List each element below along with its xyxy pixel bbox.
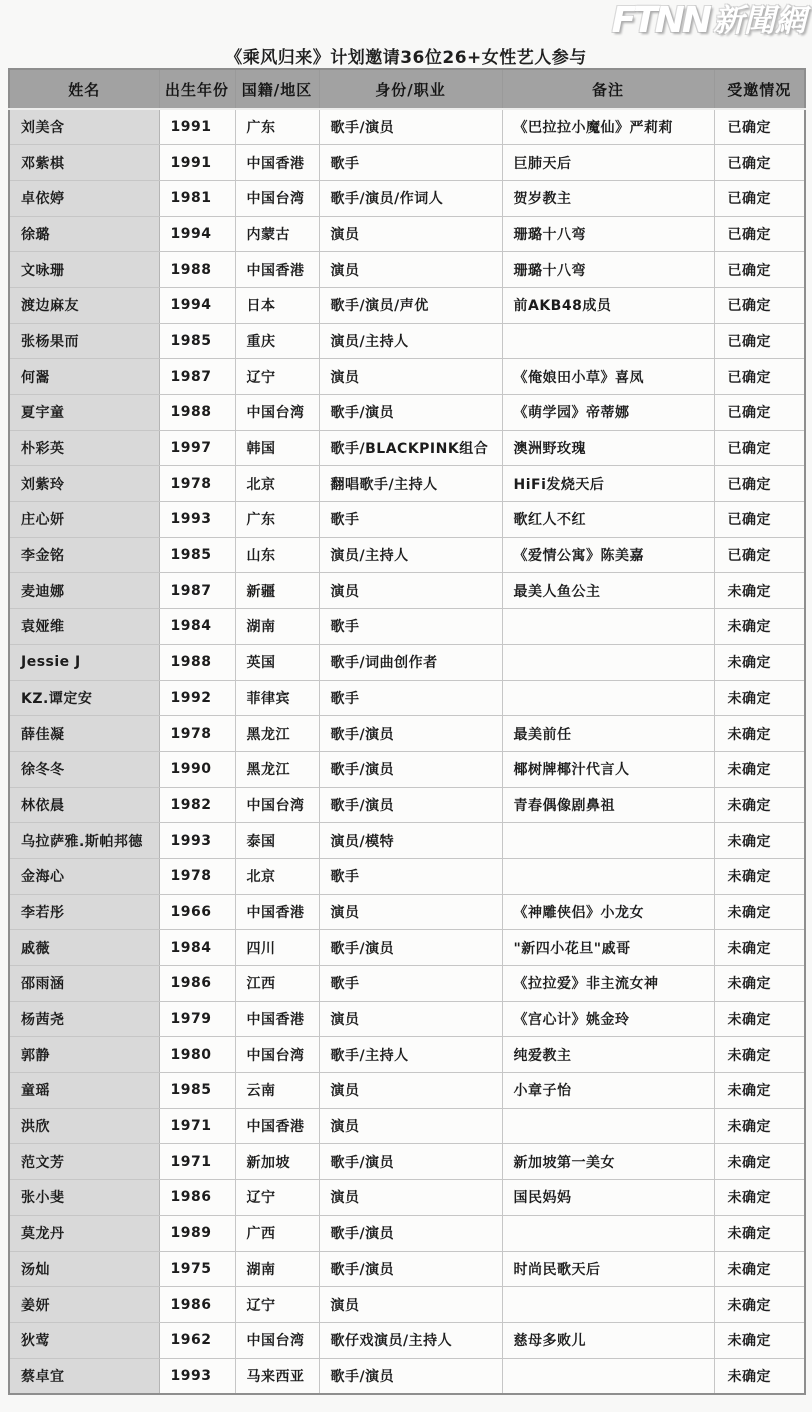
status-cell: 未确定 — [714, 1322, 805, 1358]
table-row: 麦迪娜1987新疆演员最美人鱼公主未确定 — [9, 573, 805, 609]
table-cell: 湖南 — [235, 609, 319, 645]
table-cell: 广西 — [235, 1215, 319, 1251]
table-cell: 洪欣 — [9, 1108, 159, 1144]
table-cell: 歌手/演员 — [319, 716, 502, 752]
table-cell: 乌拉萨雅.斯帕邦德 — [9, 823, 159, 859]
table-cell: Jessie J — [9, 644, 159, 680]
table-cell: 演员 — [319, 573, 502, 609]
logo-site-name: 新聞網 — [713, 6, 806, 37]
table-cell: 演员 — [319, 1001, 502, 1037]
table-cell: 1982 — [159, 787, 235, 823]
status-cell: 已确定 — [714, 287, 805, 323]
table-cell: 戚薇 — [9, 930, 159, 966]
table-cell: 山东 — [235, 537, 319, 573]
table-cell: 最美人鱼公主 — [502, 573, 714, 609]
table-cell: 徐璐 — [9, 216, 159, 252]
site-logo: FTNN 新聞網 — [612, 0, 806, 42]
table-cell: "新四小花旦"戚哥 — [502, 930, 714, 966]
table-cell: 中国台湾 — [235, 1322, 319, 1358]
table-cell: 杨茜尧 — [9, 1001, 159, 1037]
table-cell: 张杨果而 — [9, 323, 159, 359]
table-row: 李金铭1985山东演员/主持人《爱情公寓》陈美嘉已确定 — [9, 537, 805, 573]
status-cell: 已确定 — [714, 323, 805, 359]
status-cell: 已确定 — [714, 109, 805, 145]
table-cell: 1989 — [159, 1215, 235, 1251]
table-cell: 新加坡第一美女 — [502, 1144, 714, 1180]
table-cell: 中国台湾 — [235, 395, 319, 431]
table-row: 洪欣1971中国香港演员未确定 — [9, 1108, 805, 1144]
table-row: 邵雨涵1986江西歌手《拉拉爱》非主流女神未确定 — [9, 966, 805, 1002]
status-cell: 未确定 — [714, 716, 805, 752]
table-row: 薛佳凝1978黑龙江歌手/演员最美前任未确定 — [9, 716, 805, 752]
table-cell: 范文芳 — [9, 1144, 159, 1180]
table-cell: 1991 — [159, 145, 235, 181]
table-cell: 慈母多败儿 — [502, 1322, 714, 1358]
table-cell: 歌手/演员 — [319, 787, 502, 823]
table-row: 刘美含1991广东歌手/演员《巴拉拉小魔仙》严莉莉已确定 — [9, 109, 805, 145]
table-cell: 《巴拉拉小魔仙》严莉莉 — [502, 109, 714, 145]
table-cell: 邵雨涵 — [9, 966, 159, 1002]
table-cell: 歌手 — [319, 680, 502, 716]
table-row: 朴彩英1997韩国歌手/BLACKPINK组合澳洲野玫瑰已确定 — [9, 430, 805, 466]
table-cell: 国民妈妈 — [502, 1180, 714, 1216]
table-row: 乌拉萨雅.斯帕邦德1993泰国演员/模特未确定 — [9, 823, 805, 859]
status-cell: 已确定 — [714, 537, 805, 573]
table-row: 何翯1987辽宁演员《俺娘田小草》喜凤已确定 — [9, 359, 805, 395]
table-cell: 菲律宾 — [235, 680, 319, 716]
table-cell: 韩国 — [235, 430, 319, 466]
table-cell — [502, 1287, 714, 1323]
status-cell: 已确定 — [714, 359, 805, 395]
table-cell — [502, 644, 714, 680]
ftnn-logo-text: FTNN — [612, 3, 709, 39]
table-cell: 歌手/演员 — [319, 930, 502, 966]
table-cell: 重庆 — [235, 323, 319, 359]
table-cell: 中国台湾 — [235, 787, 319, 823]
table-cell: 1993 — [159, 502, 235, 538]
status-cell: 已确定 — [714, 216, 805, 252]
status-cell: 已确定 — [714, 395, 805, 431]
table-cell: 1986 — [159, 1180, 235, 1216]
table-cell: 云南 — [235, 1073, 319, 1109]
header-cell: 备注 — [502, 69, 714, 109]
table-cell: 1993 — [159, 1358, 235, 1394]
table-cell: 贺岁教主 — [502, 180, 714, 216]
table-cell: 1994 — [159, 216, 235, 252]
table-cell: 歌红人不红 — [502, 502, 714, 538]
status-cell: 已确定 — [714, 180, 805, 216]
table-cell: 歌手 — [319, 609, 502, 645]
table-row: 庄心妍1993广东歌手歌红人不红已确定 — [9, 502, 805, 538]
table-cell: 珊璐十八弯 — [502, 216, 714, 252]
table-cell: 1986 — [159, 966, 235, 1002]
table-cell: 何翯 — [9, 359, 159, 395]
table-cell: 中国香港 — [235, 1108, 319, 1144]
table-cell: 1992 — [159, 680, 235, 716]
table-row: 卓依婷1981中国台湾歌手/演员/作词人贺岁教主已确定 — [9, 180, 805, 216]
table-cell: 珊璐十八弯 — [502, 252, 714, 288]
table-cell: 歌手 — [319, 858, 502, 894]
table-cell: 歌手 — [319, 966, 502, 1002]
status-cell: 已确定 — [714, 252, 805, 288]
table-cell: 黑龙江 — [235, 716, 319, 752]
table-cell: 歌仔戏演员/主持人 — [319, 1322, 502, 1358]
status-cell: 未确定 — [714, 1108, 805, 1144]
table-cell: 纯爱教主 — [502, 1037, 714, 1073]
table-row: 张小斐1986辽宁演员国民妈妈未确定 — [9, 1180, 805, 1216]
table-cell: 1988 — [159, 644, 235, 680]
table-cell: 椰树牌椰汁代言人 — [502, 751, 714, 787]
status-cell: 未确定 — [714, 966, 805, 1002]
table-cell — [502, 823, 714, 859]
table-cell: 演员 — [319, 1073, 502, 1109]
table-cell: 1985 — [159, 323, 235, 359]
table-cell: 莫龙丹 — [9, 1215, 159, 1251]
table-cell: 1978 — [159, 466, 235, 502]
table-cell: 北京 — [235, 858, 319, 894]
table-cell: 日本 — [235, 287, 319, 323]
status-cell: 未确定 — [714, 930, 805, 966]
table-cell: 卓依婷 — [9, 180, 159, 216]
table-cell: 1971 — [159, 1108, 235, 1144]
table-cell: 童瑶 — [9, 1073, 159, 1109]
status-cell: 已确定 — [714, 502, 805, 538]
table-row: 范文芳1971新加坡歌手/演员新加坡第一美女未确定 — [9, 1144, 805, 1180]
table-cell: 薛佳凝 — [9, 716, 159, 752]
table-cell: 演员/模特 — [319, 823, 502, 859]
table-cell: 辽宁 — [235, 1287, 319, 1323]
table-cell: 最美前任 — [502, 716, 714, 752]
table-cell: 小章子怡 — [502, 1073, 714, 1109]
table-cell: 麦迪娜 — [9, 573, 159, 609]
table-cell: 歌手/演员 — [319, 1215, 502, 1251]
status-cell: 未确定 — [714, 1358, 805, 1394]
table-cell: 歌手/BLACKPINK组合 — [319, 430, 502, 466]
table-cell: 1991 — [159, 109, 235, 145]
table-cell: 演员 — [319, 252, 502, 288]
table-cell: 1984 — [159, 609, 235, 645]
status-cell: 未确定 — [714, 1287, 805, 1323]
header-cell: 受邀情况 — [714, 69, 805, 109]
table-cell: 青春偶像剧鼻祖 — [502, 787, 714, 823]
table-cell: 巨肺天后 — [502, 145, 714, 181]
table-row: 童瑶1985云南演员小章子怡未确定 — [9, 1073, 805, 1109]
table-cell: 1990 — [159, 751, 235, 787]
table-cell: 泰国 — [235, 823, 319, 859]
table-cell: 歌手/演员 — [319, 109, 502, 145]
table-cell: 广东 — [235, 109, 319, 145]
table-cell: 林依晨 — [9, 787, 159, 823]
table-cell: 蔡卓宜 — [9, 1358, 159, 1394]
table-cell: 1994 — [159, 287, 235, 323]
table-cell: 歌手 — [319, 145, 502, 181]
table-cell: 1987 — [159, 573, 235, 609]
table-row: 郭静1980中国台湾歌手/主持人纯爱教主未确定 — [9, 1037, 805, 1073]
table-cell: 歌手/演员/作词人 — [319, 180, 502, 216]
status-cell: 未确定 — [714, 1215, 805, 1251]
table-cell: 内蒙古 — [235, 216, 319, 252]
status-cell: 已确定 — [714, 430, 805, 466]
table-cell: 歌手/词曲创作者 — [319, 644, 502, 680]
table-cell: 广东 — [235, 502, 319, 538]
table-cell: 1981 — [159, 180, 235, 216]
table-cell: 1971 — [159, 1144, 235, 1180]
header-cell: 出生年份 — [159, 69, 235, 109]
table-cell: 演员 — [319, 1108, 502, 1144]
table-row: 汤灿1975湖南歌手/演员时尚民歌天后未确定 — [9, 1251, 805, 1287]
table-cell: 歌手/演员 — [319, 395, 502, 431]
table-cell: 歌手/主持人 — [319, 1037, 502, 1073]
table-cell: 演员 — [319, 1287, 502, 1323]
table-row: 文咏珊1988中国香港演员珊璐十八弯已确定 — [9, 252, 805, 288]
table-cell: HiFi发烧天后 — [502, 466, 714, 502]
table-cell: 英国 — [235, 644, 319, 680]
status-cell: 未确定 — [714, 858, 805, 894]
table-cell: 演员/主持人 — [319, 323, 502, 359]
table-cell: 1985 — [159, 1073, 235, 1109]
table-row: 邓紫棋1991中国香港歌手巨肺天后已确定 — [9, 145, 805, 181]
table-cell: 歌手 — [319, 502, 502, 538]
table-row: 刘紫玲1978北京翻唱歌手/主持人HiFi发烧天后已确定 — [9, 466, 805, 502]
table-cell: 1975 — [159, 1251, 235, 1287]
table-cell: 夏宇童 — [9, 395, 159, 431]
table-cell: 1966 — [159, 894, 235, 930]
table-row: 蔡卓宜1993马来西亚歌手/演员未确定 — [9, 1358, 805, 1394]
table-cell: 歌手/演员 — [319, 1358, 502, 1394]
status-cell: 已确定 — [714, 466, 805, 502]
table-cell: 1997 — [159, 430, 235, 466]
status-cell: 未确定 — [714, 1180, 805, 1216]
table-cell: 黑龙江 — [235, 751, 319, 787]
table-cell: 1987 — [159, 359, 235, 395]
table-cell: 金海心 — [9, 858, 159, 894]
table-cell: 歌手/演员 — [319, 751, 502, 787]
table-cell: 北京 — [235, 466, 319, 502]
table-cell: 《拉拉爱》非主流女神 — [502, 966, 714, 1002]
table-cell — [502, 858, 714, 894]
table-cell: 歌手/演员 — [319, 1144, 502, 1180]
status-cell: 未确定 — [714, 751, 805, 787]
table-cell: 中国台湾 — [235, 1037, 319, 1073]
status-cell: 未确定 — [714, 787, 805, 823]
status-cell: 未确定 — [714, 1073, 805, 1109]
table-cell: 1979 — [159, 1001, 235, 1037]
table-cell: 庄心妍 — [9, 502, 159, 538]
table-cell: 中国香港 — [235, 145, 319, 181]
table-cell: 演员 — [319, 894, 502, 930]
table-cell — [502, 680, 714, 716]
table-cell — [502, 1108, 714, 1144]
table-cell: 徐冬冬 — [9, 751, 159, 787]
status-cell: 未确定 — [714, 1251, 805, 1287]
table-cell: KZ.谭定安 — [9, 680, 159, 716]
table-row: 徐璐1994内蒙古演员珊璐十八弯已确定 — [9, 216, 805, 252]
table-header-row: 姓名出生年份国籍/地区身份/职业备注受邀情况 — [9, 69, 805, 109]
table-cell: 汤灿 — [9, 1251, 159, 1287]
table-cell: 演员 — [319, 1180, 502, 1216]
table-cell: 郭静 — [9, 1037, 159, 1073]
table-row: KZ.谭定安1992菲律宾歌手未确定 — [9, 680, 805, 716]
table-cell: 《神雕侠侣》小龙女 — [502, 894, 714, 930]
table-cell: 马来西亚 — [235, 1358, 319, 1394]
table-cell: 刘美含 — [9, 109, 159, 145]
table-cell: 歌手/演员 — [319, 1251, 502, 1287]
table-row: 徐冬冬1990黑龙江歌手/演员椰树牌椰汁代言人未确定 — [9, 751, 805, 787]
table-row: 戚薇1984四川歌手/演员"新四小花旦"戚哥未确定 — [9, 930, 805, 966]
table-cell: 中国台湾 — [235, 180, 319, 216]
table-cell: 辽宁 — [235, 1180, 319, 1216]
table-cell: 1978 — [159, 716, 235, 752]
table-cell: 1984 — [159, 930, 235, 966]
table-cell: 江西 — [235, 966, 319, 1002]
table-cell: 1988 — [159, 252, 235, 288]
table-cell: 渡边麻友 — [9, 287, 159, 323]
table-cell: 袁娅维 — [9, 609, 159, 645]
table-cell: 辽宁 — [235, 359, 319, 395]
table-cell: 新加坡 — [235, 1144, 319, 1180]
table-cell: 前AKB48成员 — [502, 287, 714, 323]
table-cell: 中国香港 — [235, 252, 319, 288]
status-cell: 未确定 — [714, 1144, 805, 1180]
table-cell: 1978 — [159, 858, 235, 894]
table-cell: 演员/主持人 — [319, 537, 502, 573]
table-cell: 湖南 — [235, 1251, 319, 1287]
table-cell: 《爱情公寓》陈美嘉 — [502, 537, 714, 573]
table-body: 刘美含1991广东歌手/演员《巴拉拉小魔仙》严莉莉已确定邓紫棋1991中国香港歌… — [9, 109, 805, 1394]
table-cell: 演员 — [319, 359, 502, 395]
table-cell: 歌手/演员/声优 — [319, 287, 502, 323]
table-cell: 中国香港 — [235, 894, 319, 930]
table-cell — [502, 323, 714, 359]
table-cell: 《萌学园》帝蒂娜 — [502, 395, 714, 431]
status-cell: 未确定 — [714, 1001, 805, 1037]
status-cell: 未确定 — [714, 1037, 805, 1073]
table-cell: 演员 — [319, 216, 502, 252]
table-cell: 中国香港 — [235, 1001, 319, 1037]
table-row: 狄莺1962中国台湾歌仔戏演员/主持人慈母多败儿未确定 — [9, 1322, 805, 1358]
table-row: 袁娅维1984湖南歌手未确定 — [9, 609, 805, 645]
page-title: 《乘风归来》计划邀请36位26+女性艺人参与 — [0, 43, 812, 68]
status-cell: 未确定 — [714, 644, 805, 680]
status-cell: 未确定 — [714, 680, 805, 716]
table-row: 李若彤1966中国香港演员《神雕侠侣》小龙女未确定 — [9, 894, 805, 930]
table-row: 姜妍1986辽宁演员未确定 — [9, 1287, 805, 1323]
table-cell: 狄莺 — [9, 1322, 159, 1358]
table-cell: 李若彤 — [9, 894, 159, 930]
table-cell: 1988 — [159, 395, 235, 431]
status-cell: 未确定 — [714, 573, 805, 609]
page: FTNN 新聞網 《乘风归来》计划邀请36位26+女性艺人参与 姓名出生年份国籍… — [0, 0, 812, 1412]
table-cell — [502, 1215, 714, 1251]
table-cell: 1962 — [159, 1322, 235, 1358]
table-cell: 朴彩英 — [9, 430, 159, 466]
status-cell: 未确定 — [714, 894, 805, 930]
artist-table: 姓名出生年份国籍/地区身份/职业备注受邀情况 刘美含1991广东歌手/演员《巴拉… — [8, 68, 806, 1395]
table-row: 杨茜尧1979中国香港演员《宫心计》姚金玲未确定 — [9, 1001, 805, 1037]
header-cell: 身份/职业 — [319, 69, 502, 109]
table-cell: 四川 — [235, 930, 319, 966]
table-row: 莫龙丹1989广西歌手/演员未确定 — [9, 1215, 805, 1251]
table-cell: 李金铭 — [9, 537, 159, 573]
status-cell: 未确定 — [714, 823, 805, 859]
table-cell: 张小斐 — [9, 1180, 159, 1216]
table-cell: 刘紫玲 — [9, 466, 159, 502]
table-cell: 1993 — [159, 823, 235, 859]
table-cell: 翻唱歌手/主持人 — [319, 466, 502, 502]
table-cell: 新疆 — [235, 573, 319, 609]
table-cell: 1986 — [159, 1287, 235, 1323]
table-cell: 1985 — [159, 537, 235, 573]
table-row: 金海心1978北京歌手未确定 — [9, 858, 805, 894]
table-row: 张杨果而1985重庆演员/主持人已确定 — [9, 323, 805, 359]
table-cell: 1980 — [159, 1037, 235, 1073]
table-row: 渡边麻友1994日本歌手/演员/声优前AKB48成员已确定 — [9, 287, 805, 323]
table-cell: 《宫心计》姚金玲 — [502, 1001, 714, 1037]
table-cell: 姜妍 — [9, 1287, 159, 1323]
header-cell: 姓名 — [9, 69, 159, 109]
status-cell: 未确定 — [714, 609, 805, 645]
status-cell: 已确定 — [714, 145, 805, 181]
table-row: 林依晨1982中国台湾歌手/演员青春偶像剧鼻祖未确定 — [9, 787, 805, 823]
table-cell — [502, 609, 714, 645]
table-cell: 邓紫棋 — [9, 145, 159, 181]
header-cell: 国籍/地区 — [235, 69, 319, 109]
table-cell: 时尚民歌天后 — [502, 1251, 714, 1287]
table-cell: 文咏珊 — [9, 252, 159, 288]
table-cell: 《俺娘田小草》喜凤 — [502, 359, 714, 395]
table-row: 夏宇童1988中国台湾歌手/演员《萌学园》帝蒂娜已确定 — [9, 395, 805, 431]
table-row: Jessie J1988英国歌手/词曲创作者未确定 — [9, 644, 805, 680]
table-cell: 澳洲野玫瑰 — [502, 430, 714, 466]
table-cell — [502, 1358, 714, 1394]
